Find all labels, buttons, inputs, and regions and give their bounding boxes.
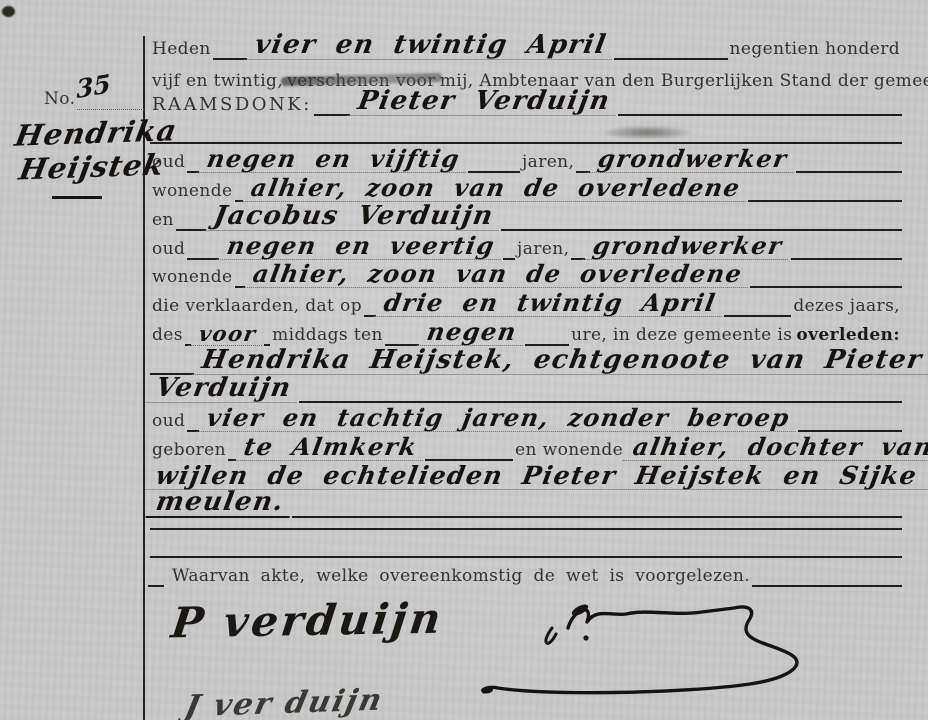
printed-middags-ten: middags ten bbox=[270, 327, 385, 346]
form-line-age1: oud negen en vijftig jaren, grondwerker bbox=[150, 143, 902, 173]
form-line-blank1 bbox=[150, 114, 902, 144]
margin-underline-flourish bbox=[52, 196, 102, 199]
handwritten-occupation2: grondwerker bbox=[583, 234, 793, 260]
form-line-deceased-name: Hendrika Heijstek, echtgenoote van Piete… bbox=[150, 345, 902, 375]
form-line-age2: oud negen en veertig jaren, grondwerker bbox=[150, 230, 902, 260]
scan-artifact-speck bbox=[2, 6, 15, 17]
form-line-deceased-name-cont: Verduijn bbox=[148, 373, 902, 403]
handwritten-parents: wijlen de echtelieden Pieter Heijstek en… bbox=[146, 463, 928, 490]
printed-dezes-jaars: dezes jaars, bbox=[791, 298, 902, 317]
form-line-blank2 bbox=[150, 500, 902, 530]
printed-ure-gemeente: ure, in deze gemeente is bbox=[569, 327, 794, 346]
form-line-death-date: die verklaarden, dat op drie en twintig … bbox=[150, 287, 902, 317]
rule-fill bbox=[213, 54, 247, 60]
handwritten-voor: voor bbox=[189, 323, 266, 346]
form-line-birthplace: geboren te Almkerk en wonende alhier, do… bbox=[150, 431, 902, 461]
handwritten-residence-deceased: alhier, dochter van bbox=[623, 435, 928, 461]
handwritten-occupation1: grondwerker bbox=[588, 147, 798, 173]
printed-des: des bbox=[150, 327, 185, 346]
handwritten-death-date: drie en twintig April bbox=[374, 291, 726, 317]
act-number: 35 bbox=[76, 69, 111, 104]
printed-verklaarden: die verklaarden, dat op bbox=[150, 298, 364, 317]
death-record-scan: No. 35 Hendrika Heijstek Heden vier en t… bbox=[0, 0, 928, 720]
handwritten-record-date: vier en twintig April bbox=[244, 32, 616, 60]
handwritten-declarant1-name: Pieter Verduijn bbox=[347, 88, 620, 116]
printed-oud: oud bbox=[150, 413, 187, 432]
printed-overleden: overleden: bbox=[794, 327, 902, 346]
form-line-date: Heden vier en twintig April negentien ho… bbox=[150, 30, 902, 60]
rule-fill bbox=[614, 54, 727, 60]
no-dotted-line bbox=[77, 105, 144, 110]
form-line-death-time: des voor middags ten negen ure, in deze … bbox=[150, 316, 902, 346]
handwritten-deceased-age: vier en tachtig jaren, zonder beroep bbox=[197, 406, 800, 432]
margin-name-last: Heijstek bbox=[16, 148, 167, 187]
closing-line: Waarvan akte, welke overeenkomstig de we… bbox=[148, 557, 902, 587]
no-label: No. bbox=[42, 91, 77, 110]
form-line-parents: wijlen de echtelieden Pieter Heijstek en… bbox=[148, 460, 902, 490]
signature-declarant1: P verduijn bbox=[169, 594, 447, 648]
printed-gemeente-name: RAAMSDONK: bbox=[150, 96, 314, 116]
handwritten-residence2: alhier, zoon van de overledene bbox=[242, 262, 752, 288]
signature-declarant2: J ver duijn bbox=[181, 683, 386, 720]
rule-fill bbox=[148, 581, 164, 587]
handwritten-age2: negen en veertig bbox=[217, 234, 505, 260]
handwritten-hour: negen bbox=[417, 320, 527, 346]
printed-year-part1: negentien honderd bbox=[728, 41, 902, 60]
printed-en: en bbox=[150, 212, 176, 231]
printed-oud: oud bbox=[150, 154, 187, 173]
form-line-declarant2: en Jacobus Verduijn bbox=[150, 201, 902, 231]
printed-wonende: wonende bbox=[150, 183, 235, 202]
handwritten-age1: negen en vijftig bbox=[197, 147, 470, 173]
registrar-signature-flourish bbox=[468, 598, 834, 702]
printed-en-wonende: en wonende bbox=[513, 442, 625, 461]
handwritten-birthplace: te Almkerk bbox=[234, 435, 428, 461]
handwritten-residence1: alhier, zoon van de overledene bbox=[240, 176, 750, 202]
rule-fill bbox=[752, 581, 902, 587]
handwritten-deceased-name-cont: Verduijn bbox=[146, 375, 302, 403]
printed-waarvan-akte: Waarvan akte, welke overeenkomstig de we… bbox=[164, 568, 752, 587]
printed-wonende: wonende bbox=[150, 269, 235, 288]
handwritten-declarant2-name: Jacobus Verduijn bbox=[203, 203, 503, 231]
printed-heden: Heden bbox=[150, 41, 213, 60]
handwritten-deceased-name: Hendrika Heijstek, echtgenoote van Piete… bbox=[192, 347, 928, 375]
printed-geboren: geboren bbox=[150, 442, 228, 461]
form-line-deceased-age: oud vier en tachtig jaren, zonder beroep bbox=[150, 402, 902, 432]
form-line-gemeente: RAAMSDONK: Pieter Verduijn bbox=[150, 86, 902, 116]
ink-smudge bbox=[604, 126, 690, 139]
form-line-residence1: wonende alhier, zoon van de overledene bbox=[150, 172, 902, 202]
form-line-residence2: wonende alhier, zoon van de overledene bbox=[150, 258, 902, 288]
printed-jaren: jaren, bbox=[520, 154, 576, 173]
form-line-blank3 bbox=[150, 528, 902, 558]
